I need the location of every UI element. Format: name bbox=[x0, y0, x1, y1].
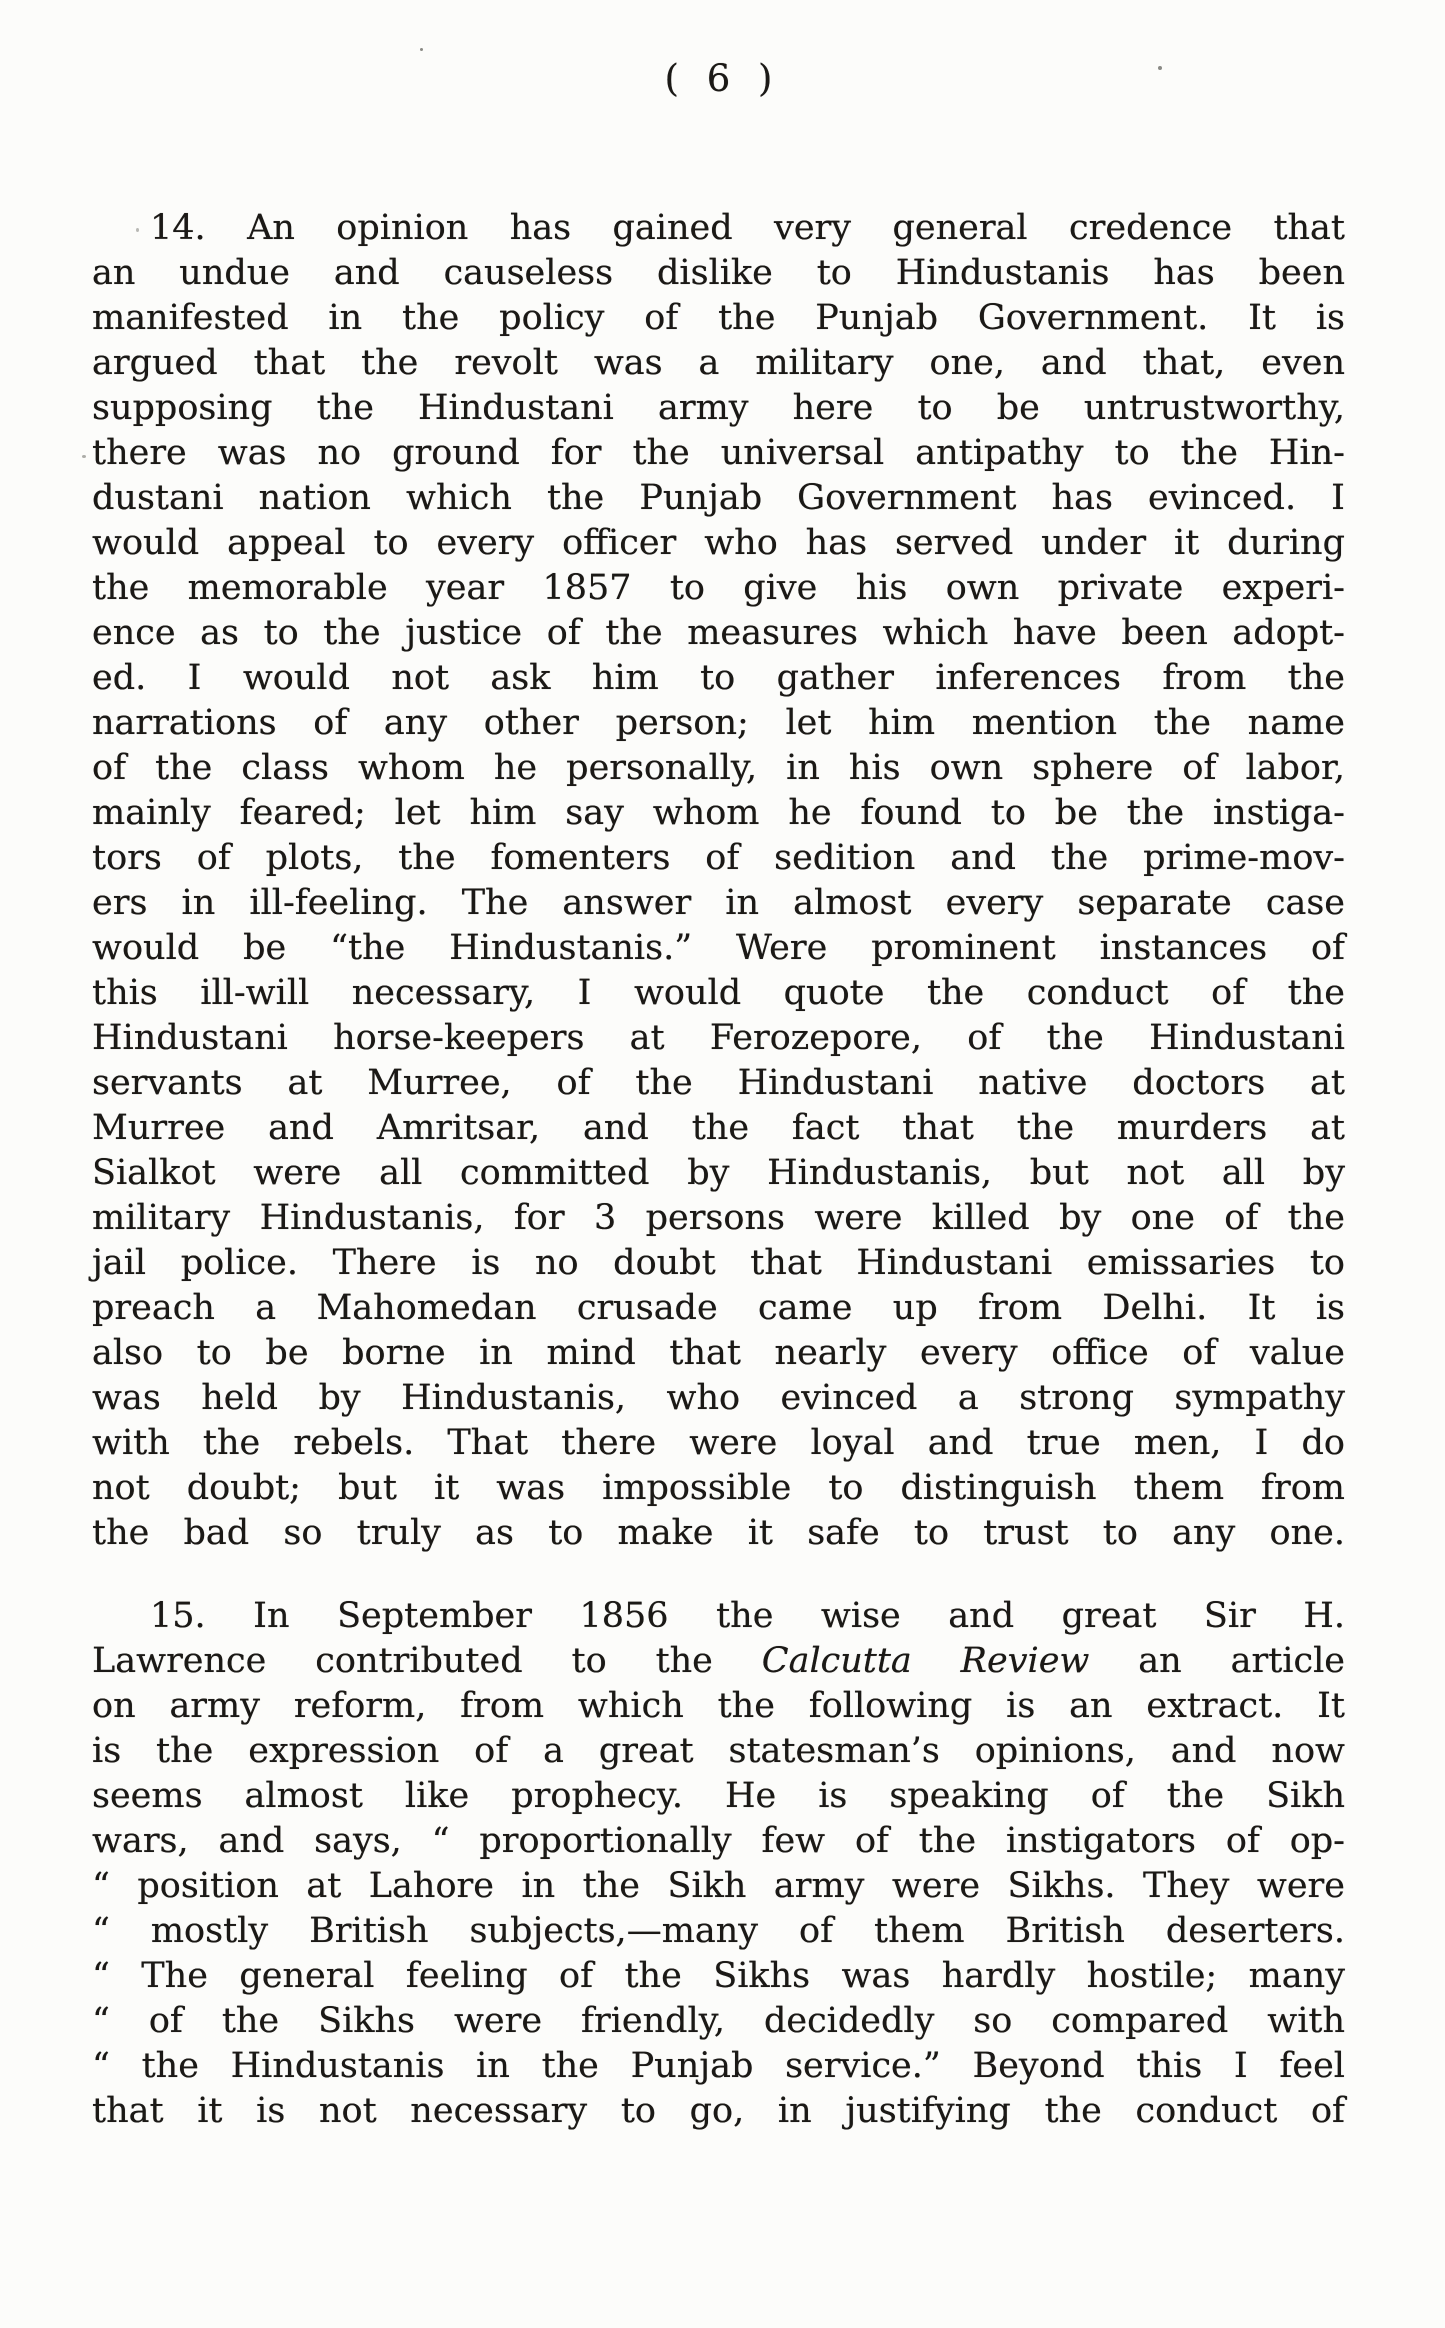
text-line: 15. In September 1856 the wise and great… bbox=[92, 1594, 1345, 1639]
text-line: “ position at Lahore in the Sikh army we… bbox=[92, 1864, 1345, 1909]
text-line: seems almost like prophecy. He is speaki… bbox=[92, 1774, 1345, 1819]
paragraph-14: 14. An opinion has gained very general c… bbox=[92, 206, 1345, 1556]
text-line: supposing the Hindustani army here to be… bbox=[92, 386, 1345, 431]
text-line: is the expression of a great statesman’s… bbox=[92, 1729, 1345, 1774]
text-segment: Lawrence contributed to the bbox=[92, 1641, 762, 1681]
text-line: would appeal to every officer who has se… bbox=[92, 521, 1345, 566]
page-number: ( 6 ) bbox=[665, 57, 773, 100]
text-line: “ the Hindustanis in the Punjab service.… bbox=[92, 2044, 1345, 2089]
paragraph-15: 15. In September 1856 the wise and great… bbox=[92, 1594, 1345, 2134]
text-line: an undue and causeless dislike to Hindus… bbox=[92, 251, 1345, 296]
text-line: tors of plots, the fomenters of sedition… bbox=[92, 836, 1345, 881]
scanned-page: ( 6 ) 14. An opinion has gained very gen… bbox=[0, 0, 1445, 2328]
text-segment: an article bbox=[1089, 1641, 1345, 1681]
text-line: mainly feared; let him say whom he found… bbox=[92, 791, 1345, 836]
text-line: “ mostly British subjects,—many of them … bbox=[92, 1909, 1345, 1954]
text-line: preach a Mahomedan crusade came up from … bbox=[92, 1286, 1345, 1331]
text-line: Lawrence contributed to the Calcutta Rev… bbox=[92, 1639, 1345, 1684]
text-line: the memorable year 1857 to give his own … bbox=[92, 566, 1345, 611]
text-line: this ill-will necessary, I would quote t… bbox=[92, 971, 1345, 1016]
text-line: “ of the Sikhs were friendly, decidedly … bbox=[92, 1999, 1345, 2044]
text-line: was held by Hindustanis, who evinced a s… bbox=[92, 1376, 1345, 1421]
scan-speck bbox=[136, 228, 139, 232]
text-body: 14. An opinion has gained very general c… bbox=[92, 206, 1345, 2134]
page-header: ( 6 ) bbox=[92, 56, 1345, 102]
text-line: Sialkot were all committed by Hindustani… bbox=[92, 1151, 1345, 1196]
text-line: ers in ill-feeling. The answer in almost… bbox=[92, 881, 1345, 926]
scan-speck bbox=[420, 48, 423, 51]
text-line: ence as to the justice of the measures w… bbox=[92, 611, 1345, 656]
text-line: wars, and says, “ proportionally few of … bbox=[92, 1819, 1345, 1864]
text-line: with the rebels. That there were loyal a… bbox=[92, 1421, 1345, 1466]
text-line: the bad so truly as to make it safe to t… bbox=[92, 1511, 1345, 1556]
text-line: argued that the revolt was a military on… bbox=[92, 341, 1345, 386]
text-line: Hindustani horse-keepers at Ferozepore, … bbox=[92, 1016, 1345, 1061]
italic-journal-title: Calcutta Review bbox=[762, 1641, 1090, 1681]
scan-speck bbox=[82, 455, 86, 458]
text-line: servants at Murree, of the Hindustani na… bbox=[92, 1061, 1345, 1106]
text-line: that it is not necessary to go, in justi… bbox=[92, 2089, 1345, 2134]
text-line: on army reform, from which the following… bbox=[92, 1684, 1345, 1729]
text-line: dustani nation which the Punjab Governme… bbox=[92, 476, 1345, 521]
text-line: narrations of any other person; let him … bbox=[92, 701, 1345, 746]
text-line: 14. An opinion has gained very general c… bbox=[92, 206, 1345, 251]
text-line: not doubt; but it was impossible to dist… bbox=[92, 1466, 1345, 1511]
scan-speck bbox=[1158, 66, 1162, 70]
text-line: Murree and Amritsar, and the fact that t… bbox=[92, 1106, 1345, 1151]
text-line: military Hindustanis, for 3 persons were… bbox=[92, 1196, 1345, 1241]
text-line: would be “the Hindustanis.” Were promine… bbox=[92, 926, 1345, 971]
text-line: there was no ground for the universal an… bbox=[92, 431, 1345, 476]
text-line: manifested in the policy of the Punjab G… bbox=[92, 296, 1345, 341]
text-line: ed. I would not ask him to gather infere… bbox=[92, 656, 1345, 701]
text-line: of the class whom he personally, in his … bbox=[92, 746, 1345, 791]
text-line: “ The general feeling of the Sikhs was h… bbox=[92, 1954, 1345, 1999]
text-line: jail police. There is no doubt that Hind… bbox=[92, 1241, 1345, 1286]
text-line: also to be borne in mind that nearly eve… bbox=[92, 1331, 1345, 1376]
